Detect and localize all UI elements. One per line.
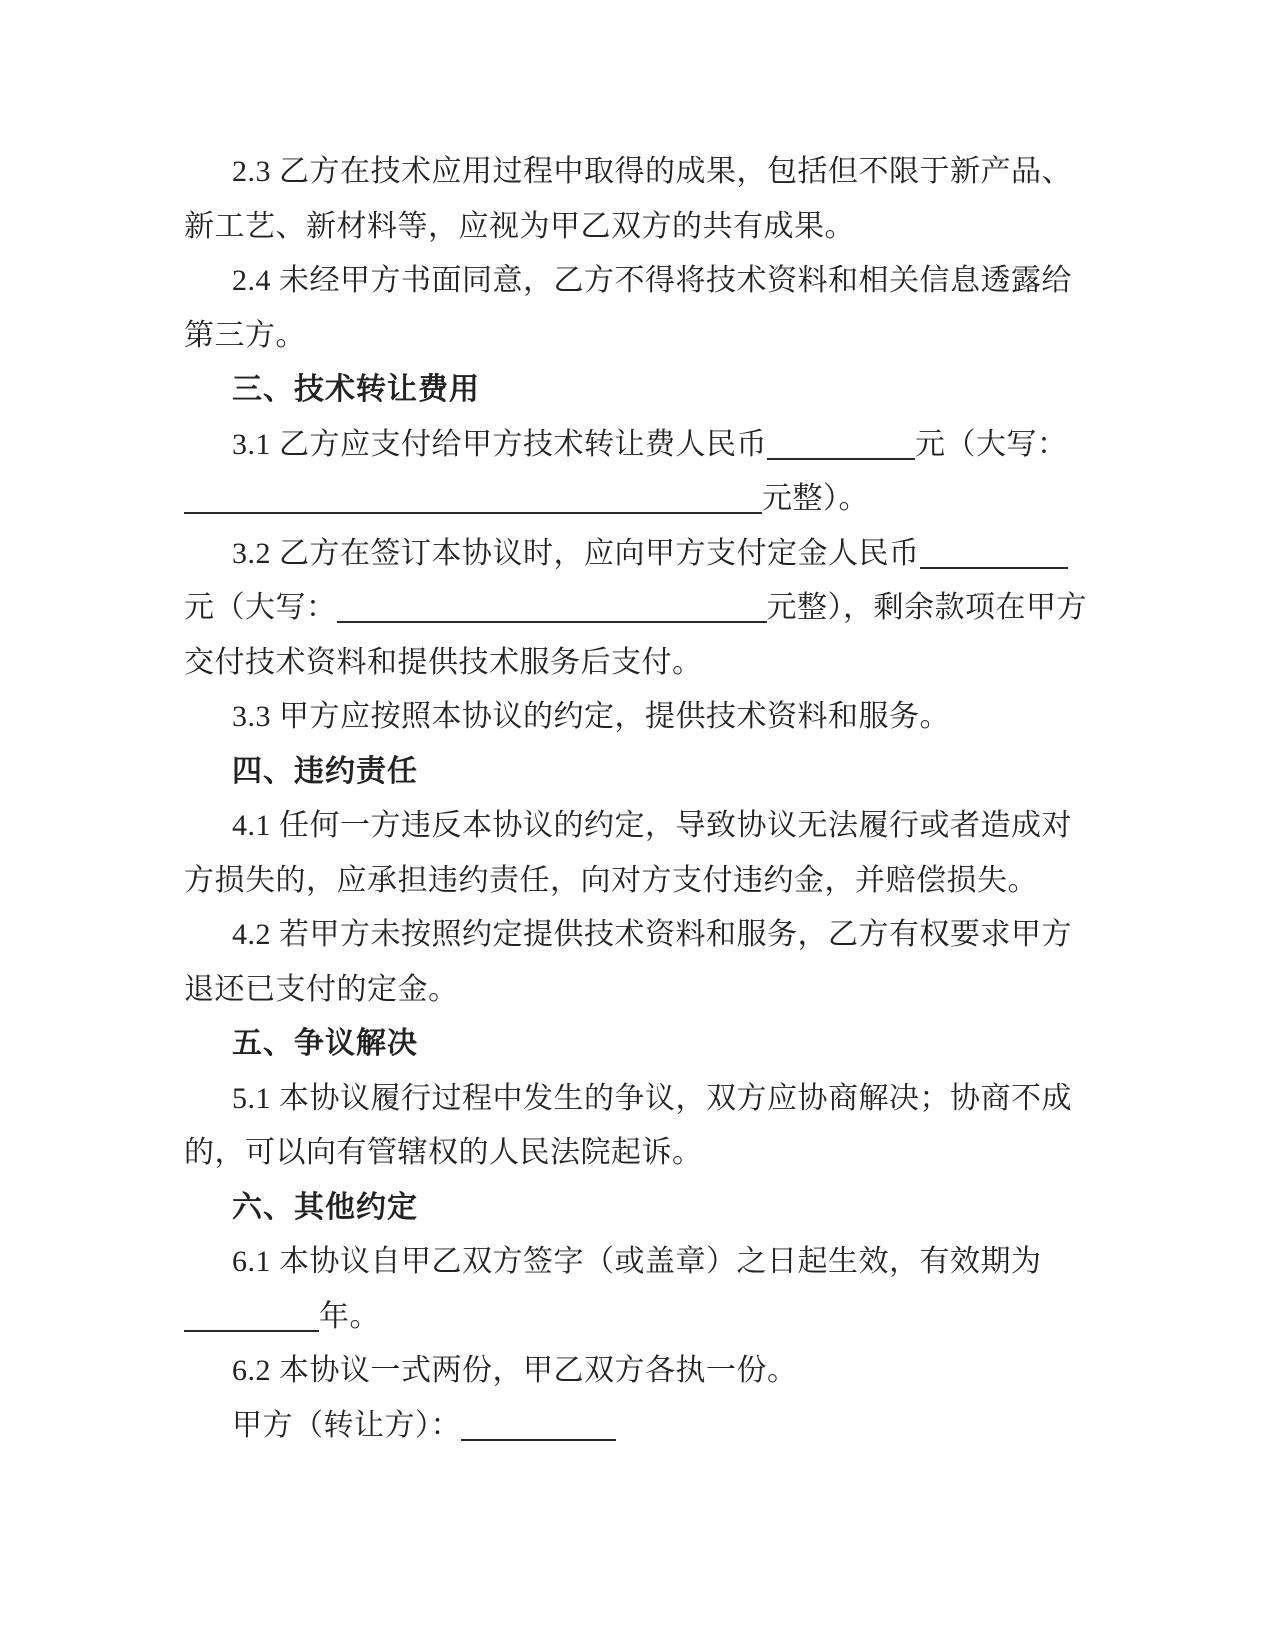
blank-field — [461, 1409, 616, 1441]
document-line: 方损失的，应承担违约责任，向对方支付违约金，并赔偿损失。 — [184, 854, 1070, 909]
contract-page: 2.3 乙方在技术应用过程中取得的成果，包括但不限于新产品、新工艺、新材料等，应… — [0, 0, 1275, 1650]
document-line: 3.3 甲方应按照本协议的约定，提供技术资料和服务。 — [184, 690, 1070, 745]
blank-field — [184, 1300, 319, 1332]
line-text: 元整）。 — [762, 482, 869, 515]
line-text: 六、其他约定 — [232, 1191, 418, 1224]
blank-field — [920, 537, 1068, 569]
document-line: 第三方。 — [184, 309, 1070, 364]
document-line: 元（大写：元整），剩余款项在甲方 — [184, 581, 1070, 636]
document-line: 2.4 未经甲方书面同意，乙方不得将技术资料和相关信息透露给 — [184, 254, 1070, 309]
line-text: 五、争议解决 — [232, 1027, 418, 1060]
line-text: 3.3 甲方应按照本协议的约定，提供技术资料和服务。 — [232, 700, 950, 733]
document-line: 甲方（转让方）： — [184, 1399, 1070, 1454]
document-line: 4.2 若甲方未按照约定提供技术资料和服务，乙方有权要求甲方 — [184, 908, 1070, 963]
document-line: 4.1 任何一方违反本协议的约定，导致协议无法履行或者造成对 — [184, 799, 1070, 854]
line-text: 2.3 乙方在技术应用过程中取得的成果，包括但不限于新产品、 — [232, 155, 1072, 188]
line-text: 第三方。 — [184, 319, 306, 352]
line-text: 5.1 本协议履行过程中发生的争议，双方应协商解决；协商不成 — [232, 1082, 1072, 1115]
document-line: 的，可以向有管辖权的人民法院起诉。 — [184, 1126, 1070, 1181]
document-line: 2.3 乙方在技术应用过程中取得的成果，包括但不限于新产品、 — [184, 145, 1070, 200]
blank-field — [767, 428, 915, 460]
line-text: 交付技术资料和提供技术服务后支付。 — [184, 646, 703, 679]
line-text: 四、违约责任 — [232, 755, 418, 788]
line-text: 三、技术转让费用 — [232, 373, 480, 406]
line-text: 退还已支付的定金。 — [184, 973, 459, 1006]
document-line: 5.1 本协议履行过程中发生的争议，双方应协商解决；协商不成 — [184, 1072, 1070, 1127]
line-text: 4.2 若甲方未按照约定提供技术资料和服务，乙方有权要求甲方 — [232, 918, 1072, 951]
document-body: 2.3 乙方在技术应用过程中取得的成果，包括但不限于新产品、新工艺、新材料等，应… — [184, 145, 1070, 1453]
section-heading: 三、技术转让费用 — [184, 363, 1070, 418]
document-line: 年。 — [184, 1290, 1070, 1345]
document-line: 6.2 本协议一式两份，甲乙双方各执一份。 — [184, 1344, 1070, 1399]
line-text: 元（大写： — [915, 428, 1068, 461]
line-text: 3.2 乙方在签订本协议时，应向甲方支付定金人民币 — [232, 537, 920, 570]
line-text: 甲方（转让方）： — [232, 1409, 461, 1442]
line-text: 2.4 未经甲方书面同意，乙方不得将技术资料和相关信息透露给 — [232, 264, 1072, 297]
line-text: 方损失的，应承担违约责任，向对方支付违约金，并赔偿损失。 — [184, 864, 1038, 897]
document-line: 3.1 乙方应支付给甲方技术转让费人民币元（大写： — [184, 418, 1070, 473]
document-line: 元整）。 — [184, 472, 1070, 527]
line-text: 3.1 乙方应支付给甲方技术转让费人民币 — [232, 428, 767, 461]
line-text: 元（大写： — [184, 591, 337, 624]
line-text: 6.1 本协议自甲乙双方签字（或盖章）之日起生效，有效期为 — [232, 1245, 1042, 1278]
document-line: 交付技术资料和提供技术服务后支付。 — [184, 636, 1070, 691]
section-heading: 六、其他约定 — [184, 1181, 1070, 1236]
document-line: 退还已支付的定金。 — [184, 963, 1070, 1018]
section-heading: 五、争议解决 — [184, 1017, 1070, 1072]
line-text: 新工艺、新材料等，应视为甲乙双方的共有成果。 — [184, 210, 855, 243]
document-line: 6.1 本协议自甲乙双方签字（或盖章）之日起生效，有效期为 — [184, 1235, 1070, 1290]
blank-field — [184, 482, 762, 514]
line-text: 年。 — [319, 1300, 380, 1333]
section-heading: 四、违约责任 — [184, 745, 1070, 800]
document-line: 3.2 乙方在签订本协议时，应向甲方支付定金人民币 — [184, 527, 1070, 582]
line-text: 4.1 任何一方违反本协议的约定，导致协议无法履行或者造成对 — [232, 809, 1072, 842]
line-text: 的，可以向有管辖权的人民法院起诉。 — [184, 1136, 703, 1169]
line-text: 6.2 本协议一式两份，甲乙双方各执一份。 — [232, 1354, 798, 1387]
line-text: 元整），剩余款项在甲方 — [767, 591, 1088, 624]
document-line: 新工艺、新材料等，应视为甲乙双方的共有成果。 — [184, 200, 1070, 255]
blank-field — [337, 591, 767, 623]
